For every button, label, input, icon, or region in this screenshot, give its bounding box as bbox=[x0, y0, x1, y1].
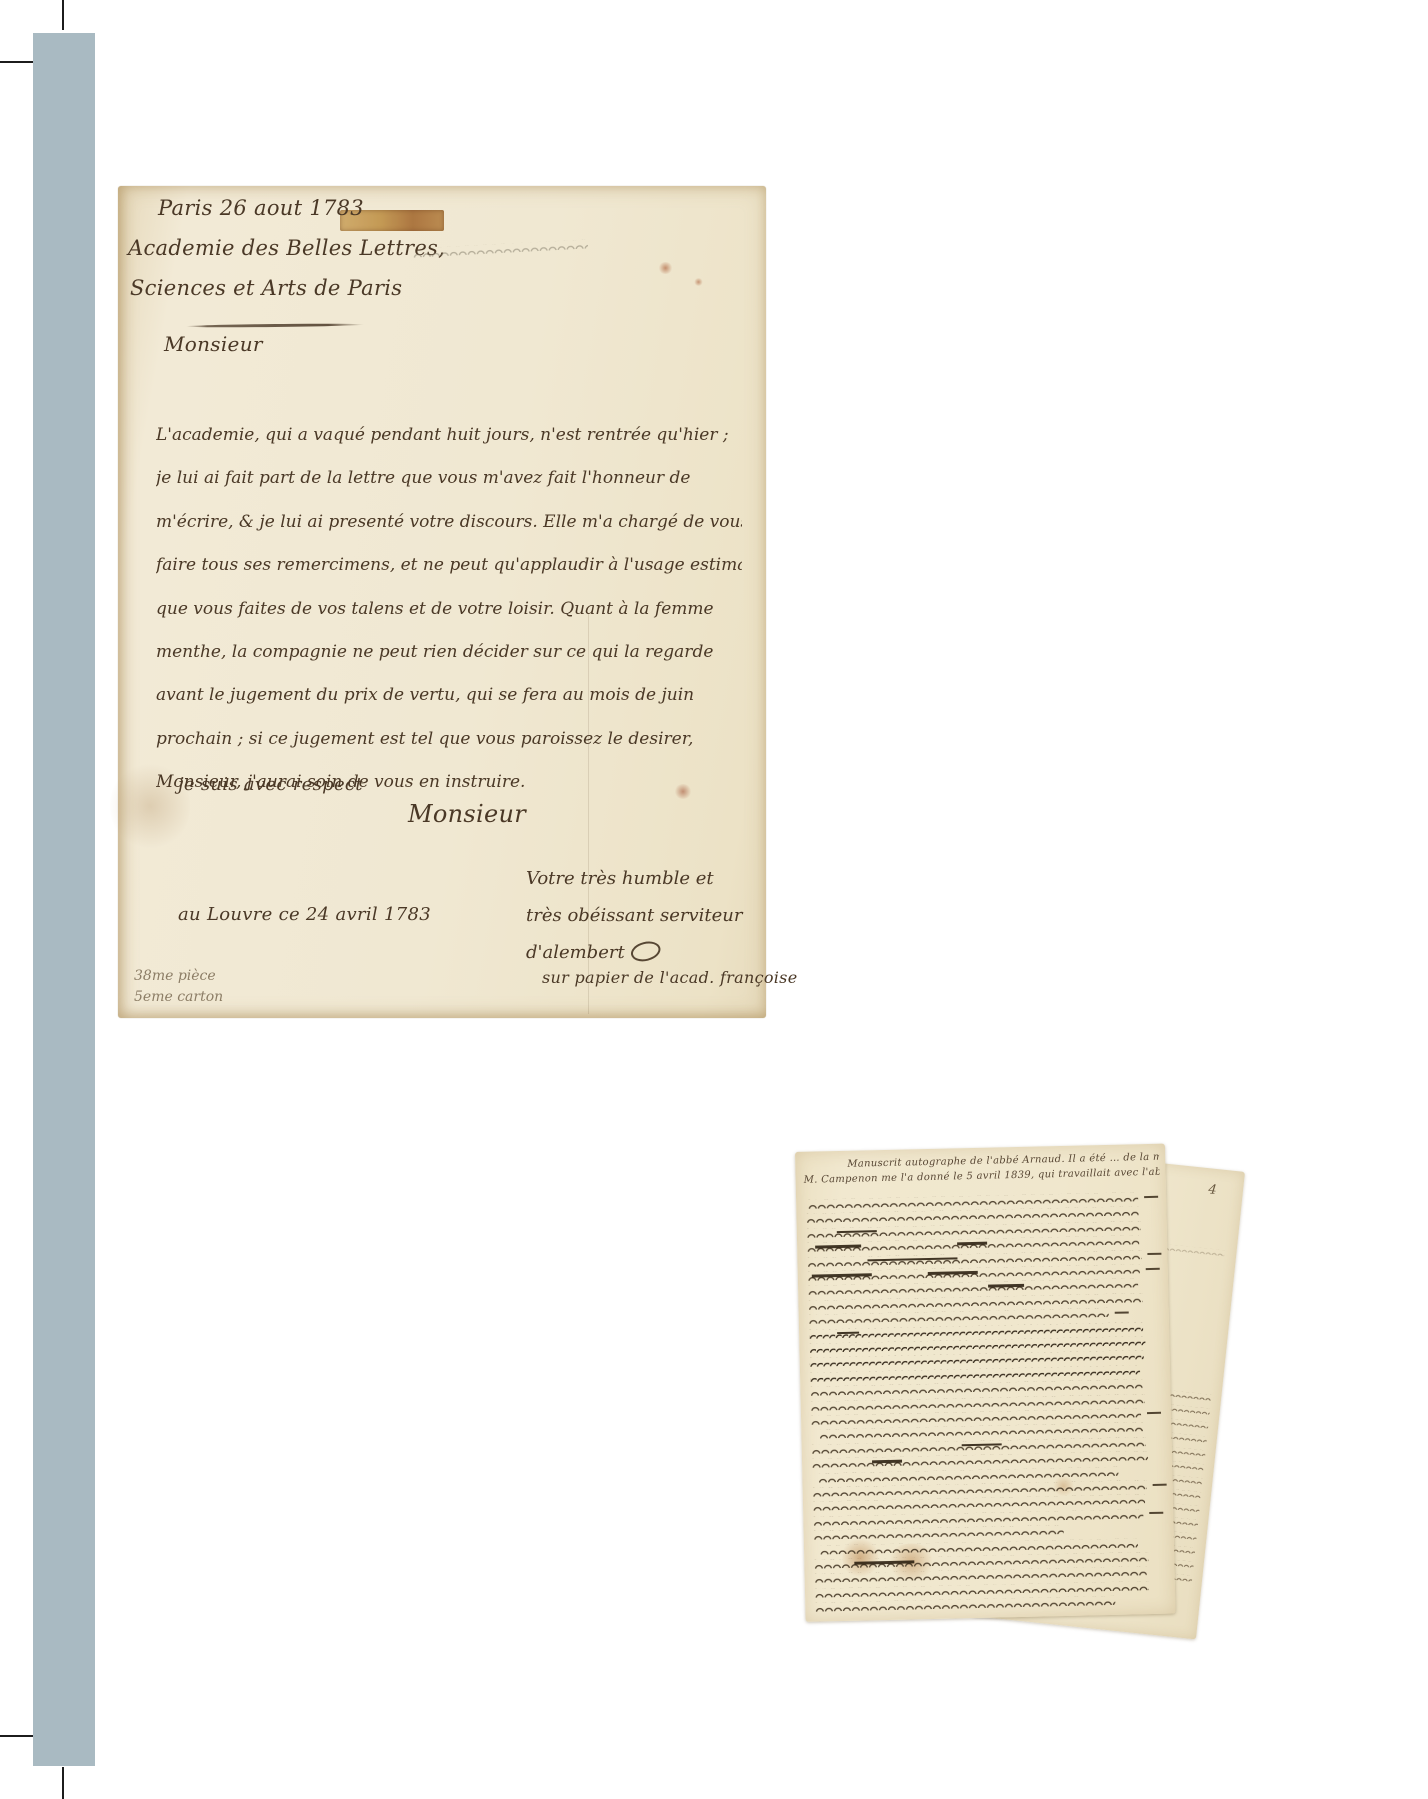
arnaud-manuscript-scan: Manuscrit autographe de l'abbé Arnaud. I… bbox=[795, 1144, 1176, 1622]
signature-flourish bbox=[629, 939, 663, 965]
manuscript-text-line bbox=[809, 1308, 1109, 1324]
crop-mark-bottom-vertical bbox=[62, 1767, 64, 1799]
manuscript-text-line bbox=[807, 1221, 1141, 1238]
archival-note-line: 38me pièce bbox=[134, 966, 223, 987]
manuscript-text-line bbox=[808, 1264, 1140, 1281]
letter-body-line: je lui ai fait part de la lettre que vou… bbox=[156, 457, 742, 500]
letter-heading-line: Academie des Belles Lettres, bbox=[128, 236, 445, 260]
letter-closing-monsieur: Monsieur bbox=[408, 800, 526, 828]
strikethrough-mark bbox=[837, 1331, 859, 1334]
strikethrough-mark bbox=[962, 1443, 1002, 1446]
letter-body-line: avant le jugement du prix de vertu, qui … bbox=[156, 674, 742, 717]
letter-body: L'academie, qui a vaqué pendant huit jou… bbox=[156, 414, 742, 805]
strikethrough-mark bbox=[872, 1460, 902, 1463]
letter-heading-line: Paris 26 aout 1783 bbox=[158, 196, 364, 220]
ink-stain bbox=[658, 262, 673, 274]
strikethrough-mark bbox=[812, 1273, 872, 1277]
manuscript-text-line bbox=[810, 1379, 1142, 1396]
signature: d'alembert bbox=[526, 934, 742, 971]
letter-paper-note: sur papier de l'acad. françoise bbox=[542, 968, 797, 987]
manuscript-text-line bbox=[808, 1293, 1142, 1310]
manuscript-text-line bbox=[813, 1480, 1147, 1497]
letter-place-date: au Louvre ce 24 avril 1783 bbox=[178, 904, 431, 925]
letter-respect-line: je suis avec respect bbox=[178, 774, 363, 795]
manuscript-text-line bbox=[818, 1466, 1118, 1482]
letter-heading-line: Sciences et Arts de Paris bbox=[130, 276, 402, 300]
crop-mark-top-horizontal bbox=[0, 61, 33, 63]
strikethrough-mark bbox=[988, 1284, 1024, 1287]
strikethrough-mark bbox=[837, 1230, 877, 1233]
strikethrough-mark bbox=[854, 1560, 914, 1564]
letter-body-line: menthe, la compagnie ne peut rien décide… bbox=[156, 631, 742, 674]
letter-body-line: m'écrire, & je lui ai presenté votre dis… bbox=[156, 501, 742, 544]
manuscript-text-line bbox=[810, 1351, 1144, 1368]
manuscript-text-line bbox=[819, 1423, 1143, 1439]
margin-dash bbox=[1147, 1411, 1161, 1413]
dalembert-letter-scan: Paris 26 aout 1783 Academie des Belles L… bbox=[118, 186, 766, 1018]
manuscript-text-line bbox=[809, 1336, 1145, 1353]
manuscript-text-line bbox=[815, 1581, 1149, 1598]
valediction-line: Votre très humble et bbox=[526, 860, 742, 897]
manuscript-text-line bbox=[810, 1365, 1140, 1381]
manuscript-text-line bbox=[806, 1207, 1138, 1224]
margin-dash bbox=[1115, 1311, 1129, 1313]
letter-salutation: Monsieur bbox=[164, 332, 263, 356]
letter-body-line: faire tous ses remercimens, et ne peut q… bbox=[156, 544, 742, 587]
manuscript-text-line bbox=[808, 1192, 1138, 1208]
accent-bar bbox=[33, 33, 95, 1766]
margin-dash bbox=[1146, 1267, 1160, 1269]
catalog-page: Paris 26 aout 1783 Academie des Belles L… bbox=[0, 0, 1428, 1799]
crop-mark-bottom-horizontal bbox=[0, 1735, 35, 1737]
letter-body-line: L'academie, qui a vaqué pendant huit jou… bbox=[156, 414, 742, 457]
manuscript-text-line bbox=[813, 1509, 1143, 1525]
valediction-line: très obéissant serviteur bbox=[526, 897, 742, 934]
manuscript-text-line bbox=[808, 1279, 1138, 1295]
manuscript-text-line bbox=[814, 1525, 1064, 1540]
ink-stain bbox=[694, 278, 703, 286]
manuscript-text-line bbox=[813, 1495, 1145, 1512]
letter-valediction: Votre très humble et très obéissant serv… bbox=[526, 860, 742, 971]
margin-dash bbox=[1153, 1483, 1167, 1485]
crop-mark-top-vertical bbox=[62, 0, 64, 30]
manuscript-text-line bbox=[815, 1596, 1115, 1612]
manuscript-text-line bbox=[809, 1322, 1143, 1339]
underline-flourish bbox=[186, 323, 364, 328]
letter-body-line: prochain ; si ce jugement est tel que vo… bbox=[156, 718, 742, 761]
strikethrough-mark bbox=[867, 1257, 957, 1262]
margin-dash bbox=[1149, 1512, 1163, 1514]
letter-body-line: que vous faites de vos talens et de votr… bbox=[156, 588, 742, 631]
strikethrough-mark bbox=[815, 1245, 861, 1249]
manuscript-text-line bbox=[811, 1394, 1145, 1411]
manuscript-text-line bbox=[807, 1250, 1141, 1267]
archival-note-line: 5eme carton bbox=[134, 987, 223, 1008]
strikethrough-mark bbox=[928, 1271, 978, 1275]
manuscript-body bbox=[795, 1144, 1165, 1152]
manuscript-text-line bbox=[812, 1437, 1146, 1454]
archival-note: 38me pièce 5eme carton bbox=[134, 966, 223, 1008]
manuscript-text-line bbox=[811, 1408, 1141, 1424]
manuscript-text-line bbox=[807, 1235, 1139, 1252]
margin-dash bbox=[1144, 1195, 1158, 1197]
back-sheet-page-number: 4 bbox=[1208, 1182, 1218, 1198]
margin-dash bbox=[1147, 1253, 1161, 1255]
strikethrough-mark bbox=[957, 1242, 987, 1245]
manuscript-text-line bbox=[812, 1451, 1148, 1468]
